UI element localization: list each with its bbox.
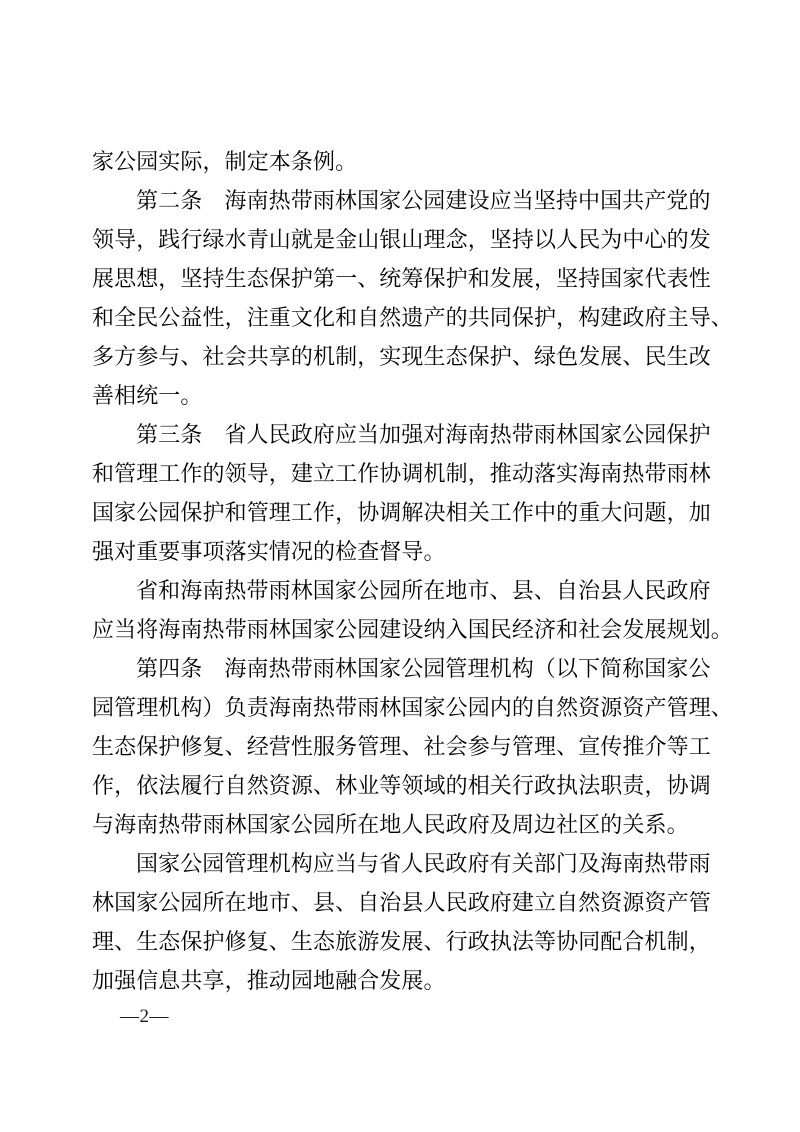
text-line: 理、生态保护修复、生态旅游发展、行政执法等协同配合机制，: [92, 922, 752, 961]
text-line: 省和海南热带雨林国家公园所在地市、县、自治县人民政府: [92, 571, 752, 610]
text-line: 展思想，坚持生态保护第一、统筹保护和发展，坚持国家代表性: [92, 259, 752, 298]
document-text-body: 家公园实际，制定本条例。第二条 海南热带雨林国家公园建设应当坚持中国共产党的领导…: [92, 142, 752, 1000]
text-line: 第三条 省人民政府应当加强对海南热带雨林国家公园保护: [92, 415, 752, 454]
text-line: 第四条 海南热带雨林国家公园管理机构（以下简称国家公: [92, 649, 752, 688]
text-line: 生态保护修复、经营性服务管理、社会参与管理、宣传推介等工: [92, 727, 752, 766]
text-line: 国家公园保护和管理工作，协调解决相关工作中的重大问题，加: [92, 493, 752, 532]
text-line: 应当将海南热带雨林国家公园建设纳入国民经济和社会发展规划。: [92, 610, 752, 649]
text-line: 多方参与、社会共享的机制，实现生态保护、绿色发展、民生改: [92, 337, 752, 376]
text-line: 善相统一。: [92, 376, 752, 415]
text-line: 强对重要事项落实情况的检查督导。: [92, 532, 752, 571]
text-line: 第二条 海南热带雨林国家公园建设应当坚持中国共产党的: [92, 181, 752, 220]
text-line: 作，依法履行自然资源、林业等领域的相关行政执法职责，协调: [92, 766, 752, 805]
text-line: 加强信息共享，推动园地融合发展。: [92, 961, 752, 1000]
text-line: 领导，践行绿水青山就是金山银山理念，坚持以人民为中心的发: [92, 220, 752, 259]
text-line: 与海南热带雨林国家公园所在地人民政府及周边社区的关系。: [92, 805, 752, 844]
page-number: —2—: [120, 1006, 169, 1028]
text-line: 林国家公园所在地市、县、自治县人民政府建立自然资源资产管: [92, 883, 752, 922]
text-line: 和管理工作的领导，建立工作协调机制，推动落实海南热带雨林: [92, 454, 752, 493]
text-line: 家公园实际，制定本条例。: [92, 142, 752, 181]
document-page: 家公园实际，制定本条例。第二条 海南热带雨林国家公园建设应当坚持中国共产党的领导…: [0, 0, 800, 1132]
text-line: 园管理机构）负责海南热带雨林国家公园内的自然资源资产管理、: [92, 688, 752, 727]
text-line: 和全民公益性，注重文化和自然遗产的共同保护，构建政府主导、: [92, 298, 752, 337]
text-line: 国家公园管理机构应当与省人民政府有关部门及海南热带雨: [92, 844, 752, 883]
